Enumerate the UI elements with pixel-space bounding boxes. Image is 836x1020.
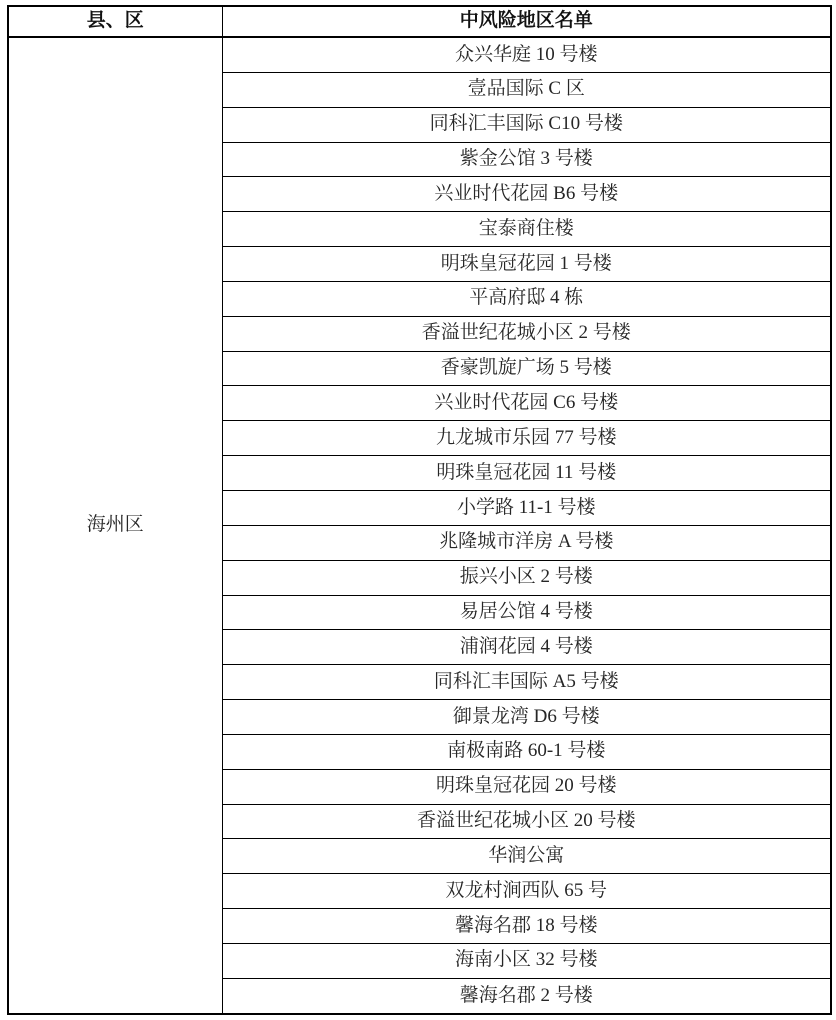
risk-area-table: 县、区 中风险地区名单 海州区众兴华庭 10 号楼壹品国际 C 区同科汇丰国际 … xyxy=(7,5,832,1015)
area-cell: 易居公馆 4 号楼 xyxy=(222,595,831,630)
area-cell: 同科汇丰国际 C10 号楼 xyxy=(222,107,831,142)
area-cell: 海南小区 32 号楼 xyxy=(222,943,831,978)
area-cell: 兴业时代花园 B6 号楼 xyxy=(222,177,831,212)
header-areas-column: 中风险地区名单 xyxy=(222,6,831,37)
area-cell: 明珠皇冠花园 1 号楼 xyxy=(222,247,831,282)
table-header-row: 县、区 中风险地区名单 xyxy=(8,6,831,37)
area-cell: 香溢世纪花城小区 20 号楼 xyxy=(222,804,831,839)
area-cell: 双龙村涧西队 65 号 xyxy=(222,874,831,909)
area-cell: 兴业时代花园 C6 号楼 xyxy=(222,386,831,421)
area-cell: 御景龙湾 D6 号楼 xyxy=(222,700,831,735)
area-cell: 兆隆城市洋房 A 号楼 xyxy=(222,525,831,560)
area-cell: 宝泰商住楼 xyxy=(222,212,831,247)
area-cell: 香溢世纪花城小区 2 号楼 xyxy=(222,316,831,351)
document-page: 县、区 中风险地区名单 海州区众兴华庭 10 号楼壹品国际 C 区同科汇丰国际 … xyxy=(0,0,836,1020)
district-cell: 海州区 xyxy=(8,37,222,1014)
area-cell: 明珠皇冠花园 20 号楼 xyxy=(222,769,831,804)
area-cell: 明珠皇冠花园 11 号楼 xyxy=(222,456,831,491)
area-cell: 馨海名郡 18 号楼 xyxy=(222,909,831,944)
area-cell: 壹品国际 C 区 xyxy=(222,72,831,107)
header-district-column: 县、区 xyxy=(8,6,222,37)
area-cell: 平高府邸 4 栋 xyxy=(222,281,831,316)
table-body: 海州区众兴华庭 10 号楼壹品国际 C 区同科汇丰国际 C10 号楼紫金公馆 3… xyxy=(8,37,831,1014)
area-cell: 南极南路 60-1 号楼 xyxy=(222,734,831,769)
area-cell: 九龙城市乐园 77 号楼 xyxy=(222,421,831,456)
area-cell: 振兴小区 2 号楼 xyxy=(222,560,831,595)
area-cell: 紫金公馆 3 号楼 xyxy=(222,142,831,177)
area-cell: 香豪凯旋广场 5 号楼 xyxy=(222,351,831,386)
area-cell: 小学路 11-1 号楼 xyxy=(222,490,831,525)
area-cell: 馨海名郡 2 号楼 xyxy=(222,978,831,1014)
table-row: 海州区众兴华庭 10 号楼 xyxy=(8,37,831,72)
area-cell: 华润公寓 xyxy=(222,839,831,874)
area-cell: 众兴华庭 10 号楼 xyxy=(222,37,831,72)
area-cell: 浦润花园 4 号楼 xyxy=(222,630,831,665)
area-cell: 同科汇丰国际 A5 号楼 xyxy=(222,665,831,700)
